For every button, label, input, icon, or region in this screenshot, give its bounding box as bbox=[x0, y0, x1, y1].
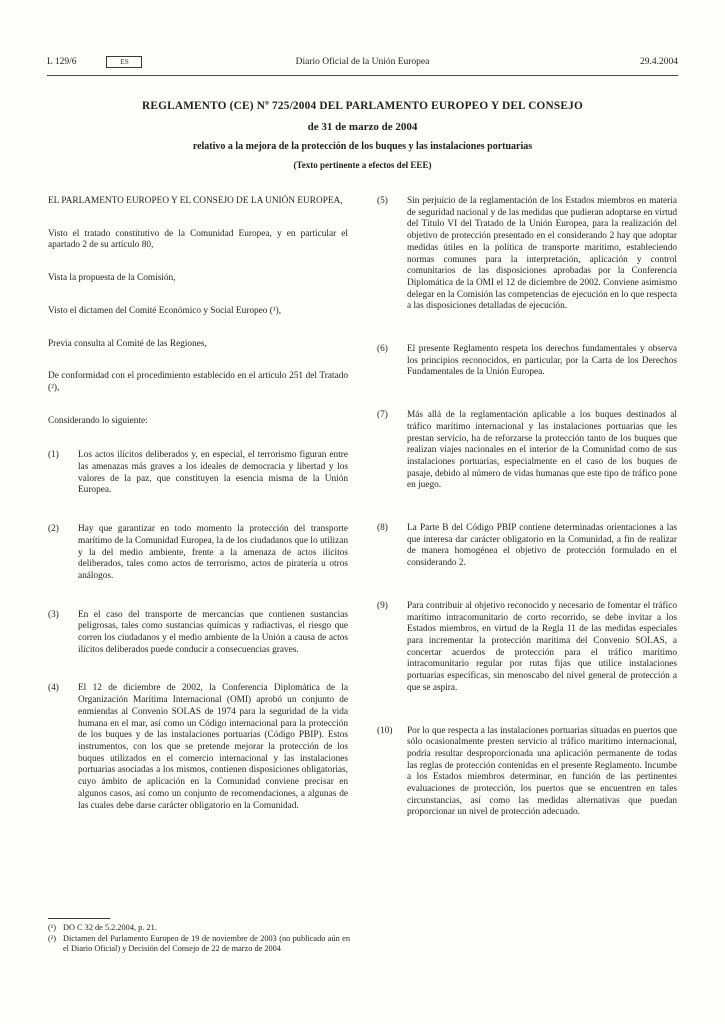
recital-number: (5) bbox=[377, 196, 407, 313]
preamble-eesc-opinion: Visto el dictamen del Comité Económico y… bbox=[48, 306, 348, 318]
recital-text: Sin perjuicio de la reglamentación de lo… bbox=[407, 196, 677, 313]
footnote-text: Dictamen del Parlamento Europeo de 19 de… bbox=[63, 934, 350, 955]
recital-text: La Parte B del Código PBIP contiene dete… bbox=[407, 523, 677, 570]
footnote-separator bbox=[48, 918, 110, 919]
preamble-whereas: Considerando lo siguiente: bbox=[48, 416, 348, 428]
footnote-marker: (²) bbox=[48, 934, 63, 955]
footnote-marker: (¹) bbox=[48, 923, 63, 934]
recital-number: (7) bbox=[377, 410, 407, 492]
preamble-regions-committee: Previa consulta al Comité de las Regione… bbox=[48, 339, 348, 351]
right-column: (5) Sin perjuicio de la reglamentación d… bbox=[377, 196, 677, 850]
footnotes-block: (¹) DO C 32 de 5.2.2004, p. 21. (²) Dict… bbox=[48, 918, 350, 955]
recital-10: (10) Por lo que respecta a las instalaci… bbox=[377, 726, 677, 820]
recital-number: (2) bbox=[48, 524, 78, 583]
recital-text: El 12 de diciembre de 2002, la Conferenc… bbox=[78, 683, 348, 812]
recital-number: (6) bbox=[377, 344, 407, 379]
recital-2: (2) Hay que garantizar en todo momento l… bbox=[48, 524, 348, 583]
recital-number: (4) bbox=[48, 683, 78, 812]
preamble-procedure: De conformidad con el procedimiento esta… bbox=[48, 371, 348, 394]
recital-1: (1) Los actos ilícitos deliberados y, en… bbox=[48, 450, 348, 497]
issue-date: 29.4.2004 bbox=[640, 55, 678, 69]
recital-number: (8) bbox=[377, 523, 407, 570]
recital-8: (8) La Parte B del Código PBIP contiene … bbox=[377, 523, 677, 570]
recital-number: (3) bbox=[48, 610, 78, 657]
regulation-title: REGLAMENTO (CE) Nº 725/2004 DEL PARLAMEN… bbox=[80, 100, 645, 113]
recital-text: Los actos ilícitos deliberados y, en esp… bbox=[78, 450, 348, 497]
recital-number: (9) bbox=[377, 601, 407, 695]
title-subject-line: relativo a la mejora de la protección de… bbox=[80, 141, 645, 153]
recital-number: (10) bbox=[377, 726, 407, 820]
left-column: EL PARLAMENTO EUROPEO Y EL CONSEJO DE LA… bbox=[48, 196, 348, 850]
journal-title: Diario Oficial de la Unión Europea bbox=[47, 55, 678, 69]
footnote-1: (¹) DO C 32 de 5.2.2004, p. 21. bbox=[48, 923, 350, 934]
title-block: REGLAMENTO (CE) Nº 725/2004 DEL PARLAMEN… bbox=[80, 100, 645, 171]
preamble-treaty: Visto el tratado constitutivo de la Comu… bbox=[48, 229, 348, 252]
recital-text: El presente Reglamento respeta los derec… bbox=[407, 344, 677, 379]
recital-7: (7) Más allá de la reglamentación aplica… bbox=[377, 410, 677, 492]
recital-6: (6) El presente Reglamento respeta los d… bbox=[377, 344, 677, 379]
recital-5: (5) Sin perjuicio de la reglamentación d… bbox=[377, 196, 677, 313]
preamble-proposal: Vista la propuesta de la Comisión, bbox=[48, 273, 348, 285]
recital-9: (9) Para contribuir al objetivo reconoci… bbox=[377, 601, 677, 695]
recital-3: (3) En el caso del transporte de mercanc… bbox=[48, 610, 348, 657]
recital-number: (1) bbox=[48, 450, 78, 497]
header-rule bbox=[47, 75, 678, 76]
eee-relevance-note: (Texto pertinente a efectos del EEE) bbox=[80, 160, 645, 171]
recital-text: Para contribuir al objetivo reconocido y… bbox=[407, 601, 677, 695]
title-date-line: de 31 de marzo de 2004 bbox=[80, 121, 645, 134]
footnote-2: (²) Dictamen del Parlamento Europeo de 1… bbox=[48, 934, 350, 955]
recital-text: Más allá de la reglamentación aplicable … bbox=[407, 410, 677, 492]
page-header: L 129/6 ES Diario Oficial de la Unión Eu… bbox=[47, 55, 678, 71]
body-columns: EL PARLAMENTO EUROPEO Y EL CONSEJO DE LA… bbox=[48, 196, 677, 850]
preamble-parties: EL PARLAMENTO EUROPEO Y EL CONSEJO DE LA… bbox=[48, 196, 348, 208]
recital-4: (4) El 12 de diciembre de 2002, la Confe… bbox=[48, 683, 348, 812]
journal-page: L 129/6 ES Diario Oficial de la Unión Eu… bbox=[0, 0, 725, 1024]
footnote-text: DO C 32 de 5.2.2004, p. 21. bbox=[63, 923, 350, 934]
recital-text: Hay que garantizar en todo momento la pr… bbox=[78, 524, 348, 583]
recital-text: En el caso del transporte de mercancías … bbox=[78, 610, 348, 657]
recital-text: Por lo que respecta a las instalaciones … bbox=[407, 726, 677, 820]
